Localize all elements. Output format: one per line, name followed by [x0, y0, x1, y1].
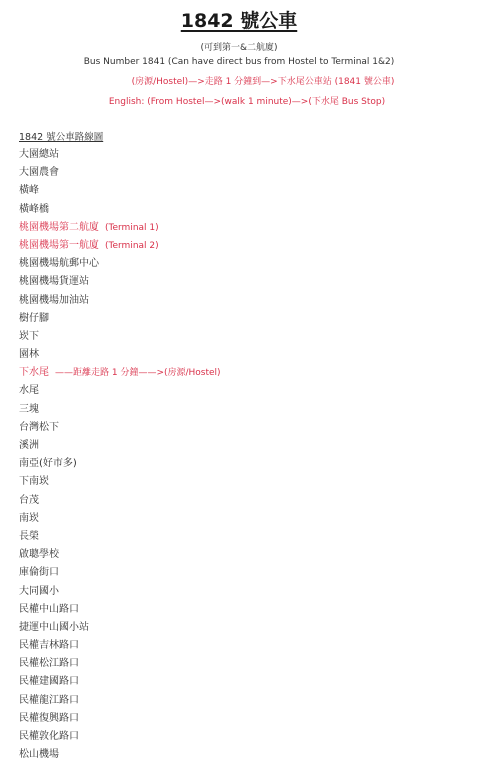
stop-name: 松山機場 [19, 749, 59, 760]
stop-item: 長榮 [19, 528, 221, 546]
stop-name: 桃園機場航郵中心 [19, 258, 99, 269]
stop-item: 桃園機場第二航廈(Terminal 1) [19, 219, 221, 237]
stop-item: 橫峰 [19, 182, 221, 200]
stop-name: 庫倫街口 [19, 567, 59, 578]
stop-item: 大同國小 [19, 583, 221, 601]
stop-name: 南亞(好市多) [19, 458, 77, 469]
stop-item: 民權建國路口 [19, 673, 221, 691]
stop-item: 桃園機場航郵中心 [19, 255, 221, 273]
stop-name: 大園農會 [19, 167, 59, 178]
stop-name: 桃園機場第二航廈 [19, 222, 99, 233]
stop-name: 三塊 [19, 404, 39, 415]
stop-name: 水尾 [19, 385, 39, 396]
stop-item: 樹仔腳 [19, 310, 221, 328]
stop-item: 大園總站 [19, 146, 221, 164]
stop-name: 台灣松下 [19, 422, 59, 433]
stop-item: 下南崁 [19, 473, 221, 491]
stop-item: 民權敦化路口 [19, 728, 221, 746]
stop-name: 樹仔腳 [19, 313, 49, 324]
stop-note: ——距離走路 1 分鐘——>(房源/Hostel) [55, 368, 221, 378]
stop-item: 溪洲 [19, 437, 221, 455]
page-title: 1842 號公車 [0, 6, 478, 33]
stop-name: 崁下 [19, 331, 39, 342]
stop-note: (Terminal 1) [105, 223, 159, 233]
stop-item: 庫倫街口 [19, 564, 221, 582]
stop-name: 桃園機場第一航廈 [19, 240, 99, 251]
stop-name: 民權龍江路口 [19, 695, 79, 706]
stop-name: 捷運中山國小站 [19, 622, 89, 633]
stop-item: 啟聰學校 [19, 546, 221, 564]
stop-name: 桃園機場貨運站 [19, 276, 89, 287]
stop-name: 啟聰學校 [19, 549, 59, 560]
stop-item: 桃園機場加油站 [19, 292, 221, 310]
stop-item: 桃園機場第一航廈(Terminal 2) [19, 237, 221, 255]
stop-item: 下水尾——距離走路 1 分鐘——>(房源/Hostel) [19, 364, 221, 382]
stop-item: 台茂 [19, 492, 221, 510]
stop-item: 三塊 [19, 401, 221, 419]
stop-item: 民權復興路口 [19, 710, 221, 728]
stop-name: 民權建國路口 [19, 676, 79, 687]
stop-item: 民權吉林路口 [19, 637, 221, 655]
stop-name: 民權松江路口 [19, 658, 79, 669]
route-heading: 1842 號公車路線圖 [19, 129, 221, 146]
stop-item: 園林 [19, 346, 221, 364]
stop-item: 南亞(好市多) [19, 455, 221, 473]
stop-name: 下水尾 [19, 367, 49, 378]
stop-item: 崁下 [19, 328, 221, 346]
stop-name: 南崁 [19, 513, 39, 524]
stop-item: 台灣松下 [19, 419, 221, 437]
stop-item: 民權中山路口 [19, 601, 221, 619]
stop-item: 民權龍江路口 [19, 692, 221, 710]
stop-item: 大園農會 [19, 164, 221, 182]
stop-name: 民權復興路口 [19, 713, 79, 724]
stop-name: 民權中山路口 [19, 604, 79, 615]
stop-name: 下南崁 [19, 476, 49, 487]
stop-item: 捷運中山國小站 [19, 619, 221, 637]
stop-name: 民權吉林路口 [19, 640, 79, 651]
stop-name: 橫峰 [19, 185, 39, 196]
stop-name: 桃園機場加油站 [19, 295, 89, 306]
page-subtitle: (可到第一&二航廈) [0, 40, 478, 53]
stop-item: 橫峰橋 [19, 201, 221, 219]
stop-list: 大園總站大園農會橫峰橫峰橋桃園機場第二航廈(Terminal 1)桃園機場第一航… [19, 146, 221, 764]
stop-name: 民權敦化路口 [19, 731, 79, 742]
directions-english: English: (From Hostel—>(walk 1 minute)—>… [8, 94, 478, 107]
stop-name: 大同國小 [19, 586, 59, 597]
stop-name: 大園總站 [19, 149, 59, 160]
stop-name: 園林 [19, 349, 39, 360]
stop-name: 橫峰橋 [19, 204, 49, 215]
stop-item: 南崁 [19, 510, 221, 528]
stop-name: 長榮 [19, 531, 39, 542]
stop-note: (Terminal 2) [105, 241, 159, 251]
stop-item: 民權松江路口 [19, 655, 221, 673]
stop-name: 溪洲 [19, 440, 39, 451]
stop-name: 台茂 [19, 495, 39, 506]
directions-chinese: (房源/Hostel)—>走路 1 分鐘到—>下水尾公車站 (1841 號公車) [24, 74, 478, 87]
stop-item: 水尾 [19, 382, 221, 400]
stop-item: 桃園機場貨運站 [19, 273, 221, 291]
route-map: 1842 號公車路線圖 大園總站大園農會橫峰橫峰橋桃園機場第二航廈(Termin… [19, 129, 221, 764]
stop-item: 松山機場 [19, 746, 221, 764]
bus-info-line: Bus Number 1841 (Can have direct bus fro… [0, 57, 478, 67]
